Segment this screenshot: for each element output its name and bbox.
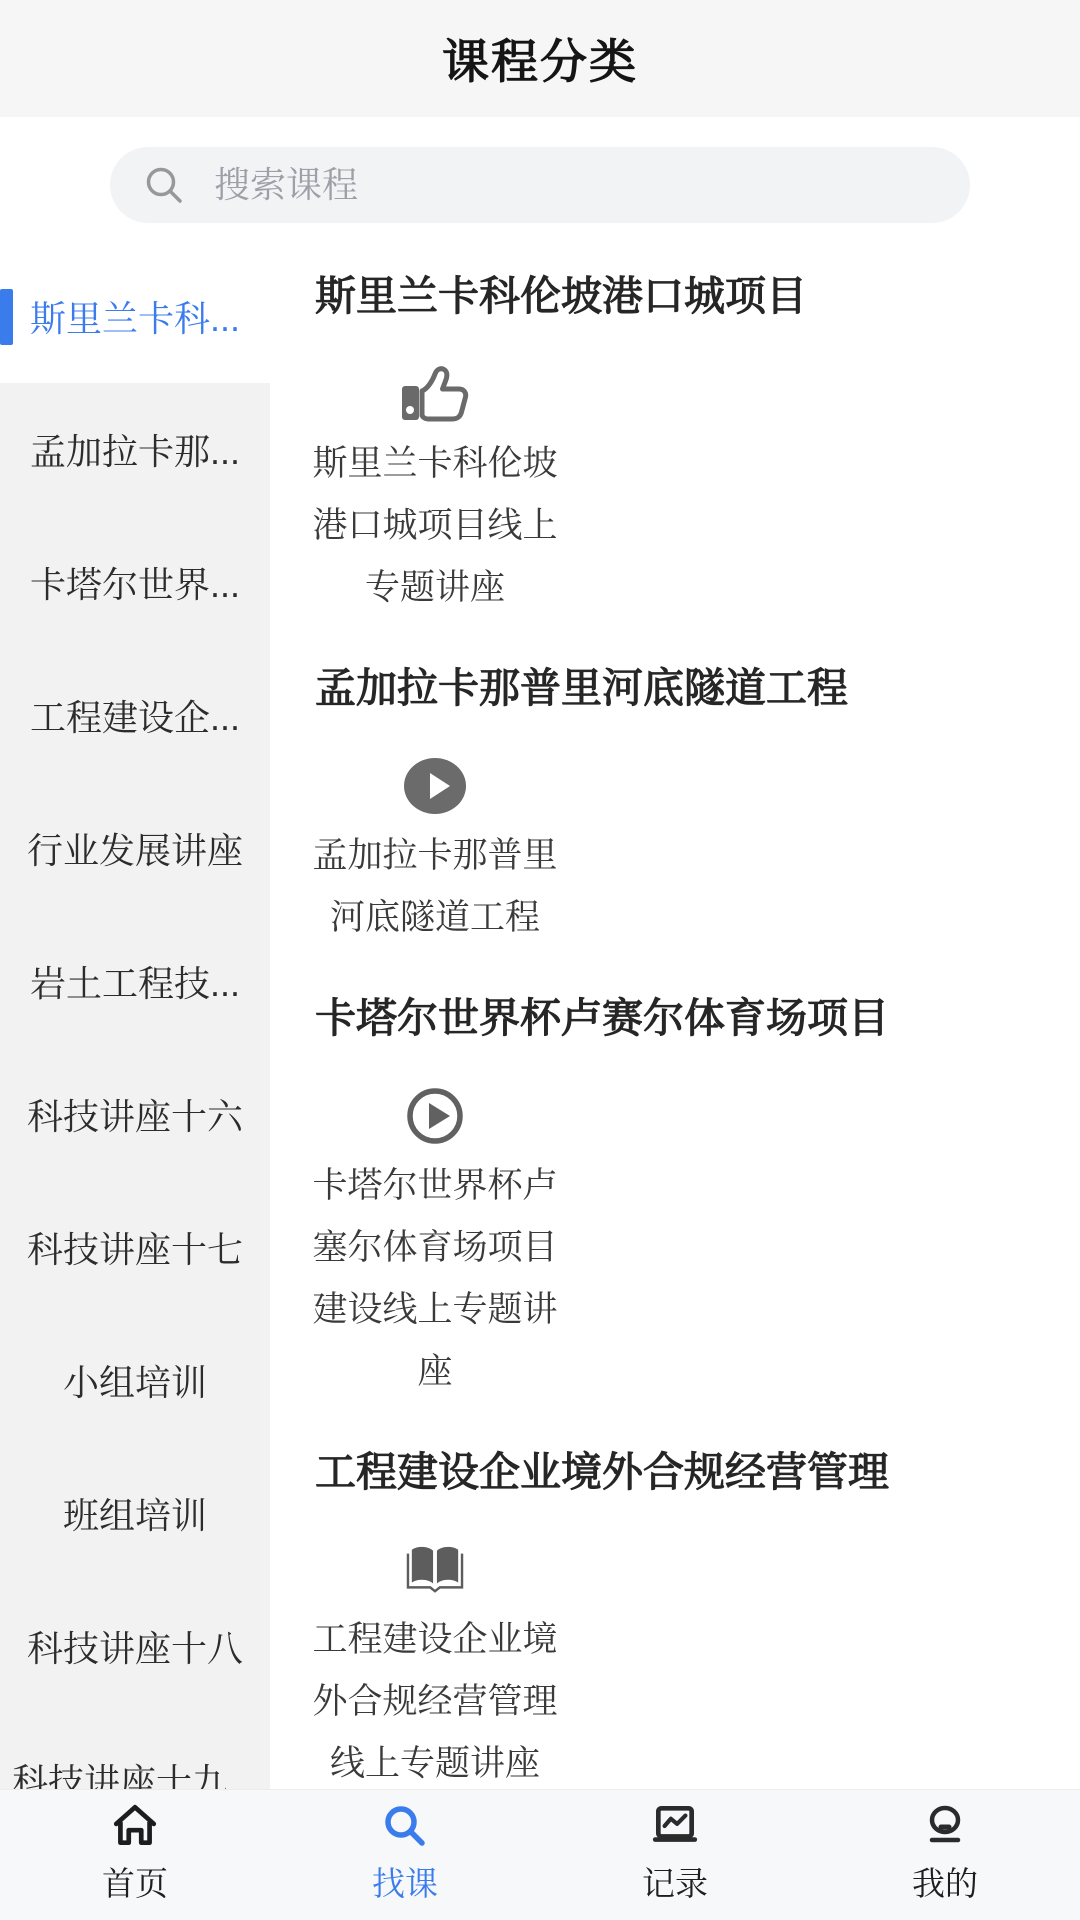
sidebar-item-engineering[interactable]: 工程建设企... bbox=[0, 649, 270, 782]
sidebar-item-label: 卡塔尔世界... bbox=[30, 557, 240, 608]
profile-icon bbox=[921, 1802, 969, 1850]
search-input[interactable] bbox=[212, 163, 916, 207]
tab-bar: 首页 找课 记录 bbox=[0, 1789, 1080, 1920]
home-icon bbox=[110, 1801, 160, 1851]
course-text-line: 河底隧道工程 bbox=[270, 887, 600, 949]
sidebar-item-label: 科技讲座十六 bbox=[27, 1089, 243, 1140]
selected-indicator bbox=[0, 289, 13, 345]
play-outline-icon bbox=[406, 1087, 464, 1145]
sidebar-item-label: 班组培训 bbox=[63, 1488, 207, 1539]
sidebar-item-label: 科技讲座十七 bbox=[27, 1222, 243, 1273]
sidebar-item-label: 小组培训 bbox=[63, 1355, 207, 1406]
course-text-line: 卡塔尔世界杯卢 bbox=[270, 1155, 600, 1217]
app-root: 课程分类 斯里兰卡科... 孟加拉卡那... 卡塔尔世界... 工程建设企...… bbox=[0, 0, 1080, 1920]
sidebar-item-tech-lecture-17[interactable]: 科技讲座十七 bbox=[0, 1181, 270, 1314]
tab-profile[interactable]: 我的 bbox=[810, 1790, 1080, 1920]
sidebar-item-label: 斯里兰卡科... bbox=[30, 291, 240, 342]
tab-label: 我的 bbox=[912, 1858, 978, 1905]
record-chart-icon bbox=[650, 1803, 700, 1849]
course-text-line: 线上专题讲座 bbox=[270, 1733, 600, 1789]
tab-home[interactable]: 首页 bbox=[0, 1790, 270, 1920]
course-text-line: 座 bbox=[270, 1341, 600, 1403]
course-text-line: 港口城项目线上 bbox=[270, 495, 600, 557]
page-title: 课程分类 bbox=[442, 25, 638, 92]
sidebar-item-qatar[interactable]: 卡塔尔世界... bbox=[0, 516, 270, 649]
course-section-title: 工程建设企业境外合规经营管理 bbox=[270, 1448, 1080, 1496]
sidebar-item-label: 行业发展讲座 bbox=[27, 823, 243, 874]
sidebar-item-geotech[interactable]: 岩土工程技... bbox=[0, 915, 270, 1048]
tab-find-courses[interactable]: 找课 bbox=[270, 1790, 540, 1920]
sidebar-item-tech-lecture-18[interactable]: 科技讲座十八 bbox=[0, 1580, 270, 1713]
search-bar[interactable] bbox=[110, 147, 970, 223]
course-section-title: 斯里兰卡科伦坡港口城项目 bbox=[270, 272, 1080, 320]
course-text-line: 塞尔体育场项目 bbox=[270, 1217, 600, 1279]
course-section-title: 孟加拉卡那普里河底隧道工程 bbox=[270, 664, 1080, 712]
sidebar-item-label: 工程建设企... bbox=[30, 690, 240, 741]
thumbs-up-icon bbox=[399, 362, 471, 426]
course-list: 斯里兰卡科伦坡港口城项目 斯里兰卡科伦坡 港口城项目线上 专题讲座 孟加拉卡那普… bbox=[270, 250, 1080, 1789]
play-filled-icon bbox=[402, 756, 468, 816]
course-card[interactable]: 卡塔尔世界杯卢赛尔体育场项目 卡塔尔世界杯卢 塞尔体育场项目 建设线上专题讲 座 bbox=[270, 994, 1080, 1403]
category-sidebar: 斯里兰卡科... 孟加拉卡那... 卡塔尔世界... 工程建设企... 行业发展… bbox=[0, 250, 270, 1789]
page-header: 课程分类 bbox=[0, 0, 1080, 117]
course-card[interactable]: 斯里兰卡科伦坡港口城项目 斯里兰卡科伦坡 港口城项目线上 专题讲座 bbox=[270, 272, 1080, 619]
course-text-line: 斯里兰卡科伦坡 bbox=[270, 433, 600, 495]
sidebar-item-sri-lanka[interactable]: 斯里兰卡科... bbox=[0, 250, 270, 383]
tab-records[interactable]: 记录 bbox=[540, 1790, 810, 1920]
sidebar-item-team-training[interactable]: 班组培训 bbox=[0, 1447, 270, 1580]
search-tab-icon bbox=[381, 1802, 429, 1850]
sidebar-item-tech-lecture-16[interactable]: 科技讲座十六 bbox=[0, 1048, 270, 1181]
sidebar-item-bangladesh[interactable]: 孟加拉卡那... bbox=[0, 383, 270, 516]
course-card[interactable]: 孟加拉卡那普里河底隧道工程 孟加拉卡那普里 河底隧道工程 bbox=[270, 664, 1080, 949]
sidebar-item-label: 岩土工程技... bbox=[30, 956, 240, 1007]
course-text-line: 外合规经营管理 bbox=[270, 1671, 600, 1733]
book-icon bbox=[404, 1542, 466, 1598]
sidebar-item-label: 科技讲座十九... bbox=[12, 1754, 258, 1789]
sidebar-item-label: 科技讲座十八 bbox=[27, 1621, 243, 1672]
sidebar-item-industry-lecture[interactable]: 行业发展讲座 bbox=[0, 782, 270, 915]
course-section-title: 卡塔尔世界杯卢赛尔体育场项目 bbox=[270, 994, 1080, 1042]
tab-label: 首页 bbox=[102, 1858, 168, 1905]
course-text-line: 孟加拉卡那普里 bbox=[270, 825, 600, 887]
course-text-line: 建设线上专题讲 bbox=[270, 1279, 600, 1341]
course-card[interactable]: 工程建设企业境外合规经营管理 工程建设企业境 外合规经营管理 线上专题讲座 bbox=[270, 1448, 1080, 1789]
sidebar-item-label: 孟加拉卡那... bbox=[30, 424, 240, 475]
search-icon bbox=[142, 163, 186, 207]
course-text-line: 专题讲座 bbox=[270, 557, 600, 619]
tab-label: 记录 bbox=[642, 1858, 708, 1905]
tab-label: 找课 bbox=[372, 1858, 438, 1905]
sidebar-item-group-training[interactable]: 小组培训 bbox=[0, 1314, 270, 1447]
sidebar-item-tech-lecture-19[interactable]: 科技讲座十九... bbox=[0, 1713, 270, 1789]
course-text-line: 工程建设企业境 bbox=[270, 1609, 600, 1671]
